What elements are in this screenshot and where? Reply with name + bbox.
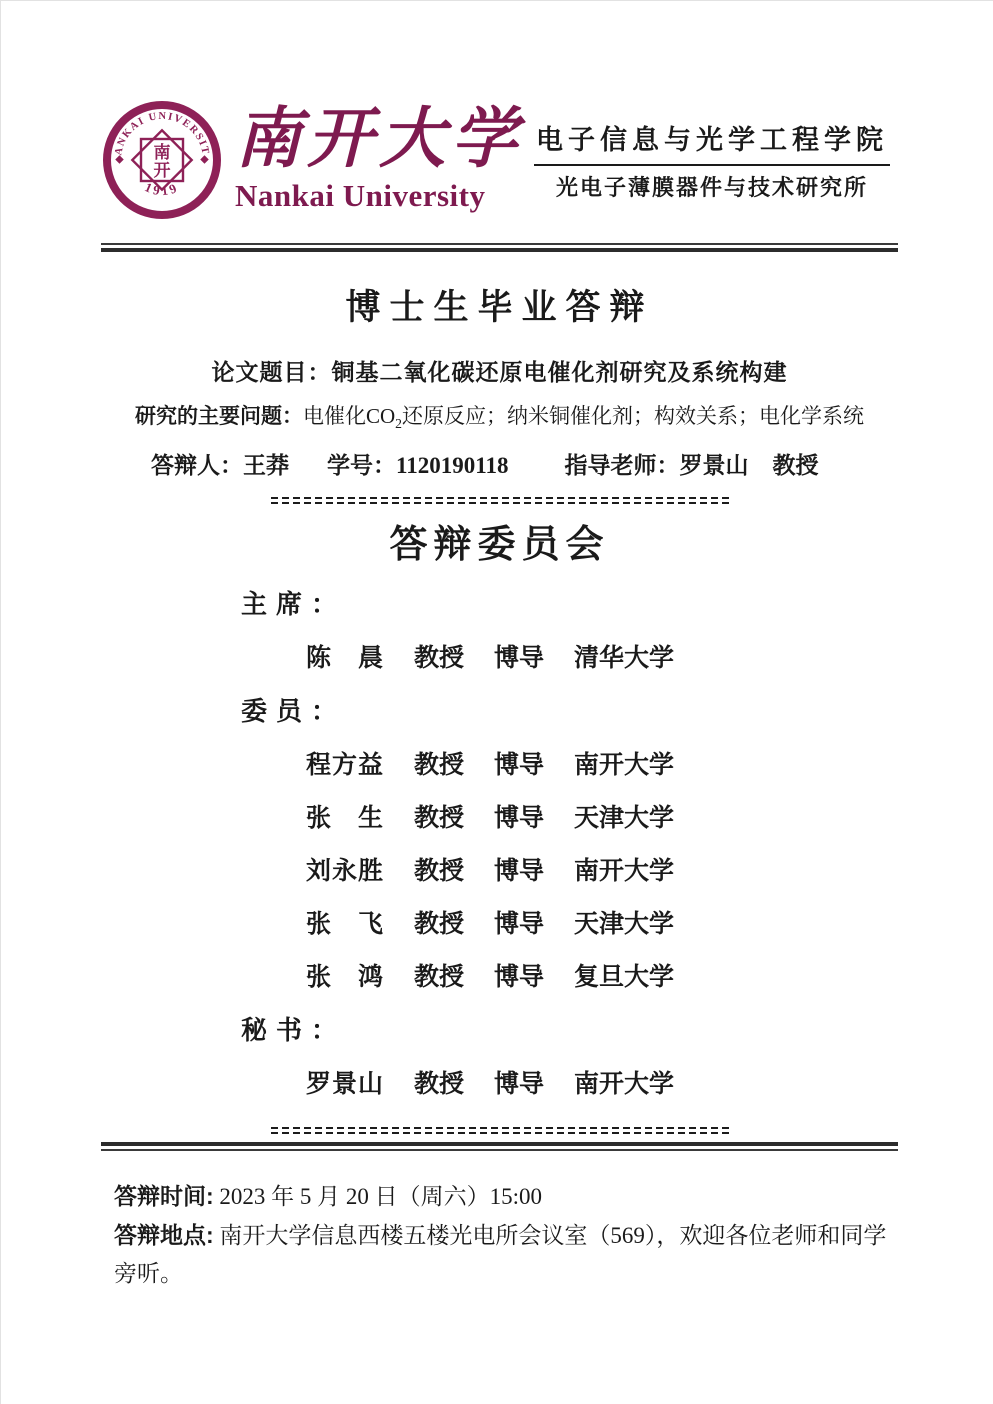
co2-subscript: 2 xyxy=(395,416,402,431)
member-name: 刘永胜 xyxy=(306,856,388,888)
committee-row: 张 生 教授 博导 天津大学 xyxy=(306,803,898,835)
member-title: 教授 xyxy=(414,1069,468,1101)
member-title: 教授 xyxy=(414,643,468,675)
university-brand: NANKAI UNIVERSITY 1919 南 开 南开大学 Nankai U… xyxy=(101,96,523,224)
university-name-chinese: 南开大学 xyxy=(235,98,523,178)
thesis-title-value: 铜基二氧化碳还原电催化剂研究及系统构建 xyxy=(332,359,788,385)
thesis-title-label: 论文题目： xyxy=(212,359,332,385)
research-topics-text-pre: 电催化CO xyxy=(303,404,395,428)
defender-name: 王莽 xyxy=(243,453,289,478)
defense-details: 答辩时间: 2023 年 5 月 20 日（周六）15:00 答辩地点: 南开大… xyxy=(101,1177,898,1293)
advisor-name: 罗景山 xyxy=(679,453,748,478)
member-affiliation: 天津大学 xyxy=(574,803,898,835)
member-role: 博导 xyxy=(494,803,548,835)
university-wordmark: 南开大学 Nankai University xyxy=(235,96,523,214)
defense-location-line: 答辩地点: 南开大学信息西楼五楼光电所会议室（569），欢迎各位老师和同学旁听。 xyxy=(114,1216,893,1293)
member-name: 张 飞 xyxy=(306,909,388,941)
member-role: 博导 xyxy=(494,856,548,888)
defense-location-value: 南开大学信息西楼五楼光电所会议室（569），欢迎各位老师和同学旁听。 xyxy=(114,1223,886,1286)
member-name: 罗景山 xyxy=(306,1069,388,1101)
department-divider xyxy=(534,164,890,166)
committee-row: 刘永胜 教授 博导 南开大学 xyxy=(306,856,898,888)
footer-double-rule xyxy=(101,1142,898,1151)
committee-row-secretary: 罗景山 教授 博导 南开大学 xyxy=(306,1069,898,1101)
member-role: 博导 xyxy=(494,643,548,675)
student-id-group: 学号：1120190118 xyxy=(327,447,508,480)
defender-label: 答辩人： xyxy=(151,453,243,478)
member-affiliation: 南开大学 xyxy=(574,750,898,782)
defense-location-label: 答辩地点: xyxy=(114,1222,214,1248)
member-name: 程方益 xyxy=(306,750,388,782)
defense-time-label: 答辩时间: xyxy=(114,1183,214,1209)
defender-info-line: 答辩人：王莽 学号：1120190118 指导老师：罗景山教授 xyxy=(101,447,898,480)
member-affiliation: 天津大学 xyxy=(574,909,898,941)
member-affiliation: 清华大学 xyxy=(574,643,898,675)
header-double-rule xyxy=(101,243,898,252)
member-role: 博导 xyxy=(494,1069,548,1101)
member-title: 教授 xyxy=(414,962,468,994)
department-block: 电子信息与光学工程学院 光电子薄膜器件与技术研究所 xyxy=(526,96,898,204)
secretary-label: 秘书： xyxy=(241,1014,898,1048)
college-name: 电子信息与光学工程学院 xyxy=(526,120,898,160)
advisor-group: 指导老师：罗景山教授 xyxy=(564,447,818,480)
defense-time-value: 2023 年 5 月 20 日（周六）15:00 xyxy=(214,1184,542,1209)
member-role: 博导 xyxy=(494,962,548,994)
advisor-label: 指导老师： xyxy=(564,453,679,478)
member-title: 教授 xyxy=(414,856,468,888)
committee-row: 程方益 教授 博导 南开大学 xyxy=(306,750,898,782)
dashed-separator-top xyxy=(271,497,729,504)
letterhead: NANKAI UNIVERSITY 1919 南 开 南开大学 Nankai U… xyxy=(101,1,898,224)
student-id-value: 1120190118 xyxy=(396,453,508,478)
member-affiliation: 复旦大学 xyxy=(574,962,898,994)
nankai-university-seal-icon: NANKAI UNIVERSITY 1919 南 开 xyxy=(101,96,223,224)
thesis-title-line: 论文题目：铜基二氧化碳还原电催化剂研究及系统构建 xyxy=(101,354,898,387)
advisor-title: 教授 xyxy=(772,453,818,478)
research-topics-label: 研究的主要问题： xyxy=(135,405,303,428)
member-name: 张 鸿 xyxy=(306,962,388,994)
defender-group: 答辩人：王莽 xyxy=(151,447,289,480)
member-affiliation: 南开大学 xyxy=(574,1069,898,1101)
member-name: 张 生 xyxy=(306,803,388,835)
research-topics-line: 研究的主要问题：电催化CO2还原反应；纳米铜催化剂；构效关系；电化学系统 xyxy=(101,400,898,432)
member-name: 陈 晨 xyxy=(306,643,388,675)
research-topics-text-post: 还原反应；纳米铜催化剂；构效关系；电化学系统 xyxy=(402,404,864,428)
seal-center-char-bottom: 开 xyxy=(154,161,171,180)
member-affiliation: 南开大学 xyxy=(574,856,898,888)
committee-section-title: 答辩委员会 xyxy=(101,513,898,568)
chair-label: 主席： xyxy=(241,588,898,622)
member-title: 教授 xyxy=(414,750,468,782)
committee-row: 张 鸿 教授 博导 复旦大学 xyxy=(306,962,898,994)
member-title: 教授 xyxy=(414,803,468,835)
committee-row: 张 飞 教授 博导 天津大学 xyxy=(306,909,898,941)
institute-name: 光电子薄膜器件与技术研究所 xyxy=(526,172,898,204)
members-label: 委员： xyxy=(241,695,898,729)
member-title: 教授 xyxy=(414,909,468,941)
document-page: NANKAI UNIVERSITY 1919 南 开 南开大学 Nankai U… xyxy=(0,0,993,1404)
seal-center-char-top: 南 xyxy=(154,142,171,162)
member-role: 博导 xyxy=(494,750,548,782)
dashed-separator-bottom xyxy=(271,1127,729,1134)
defense-time-line: 答辩时间: 2023 年 5 月 20 日（周六）15:00 xyxy=(114,1177,893,1216)
student-id-label: 学号： xyxy=(327,453,396,478)
university-name-english: Nankai University xyxy=(235,178,523,214)
member-role: 博导 xyxy=(494,909,548,941)
committee-row-chair: 陈 晨 教授 博导 清华大学 xyxy=(306,643,898,675)
page-title: 博士生毕业答辩 xyxy=(101,280,898,330)
